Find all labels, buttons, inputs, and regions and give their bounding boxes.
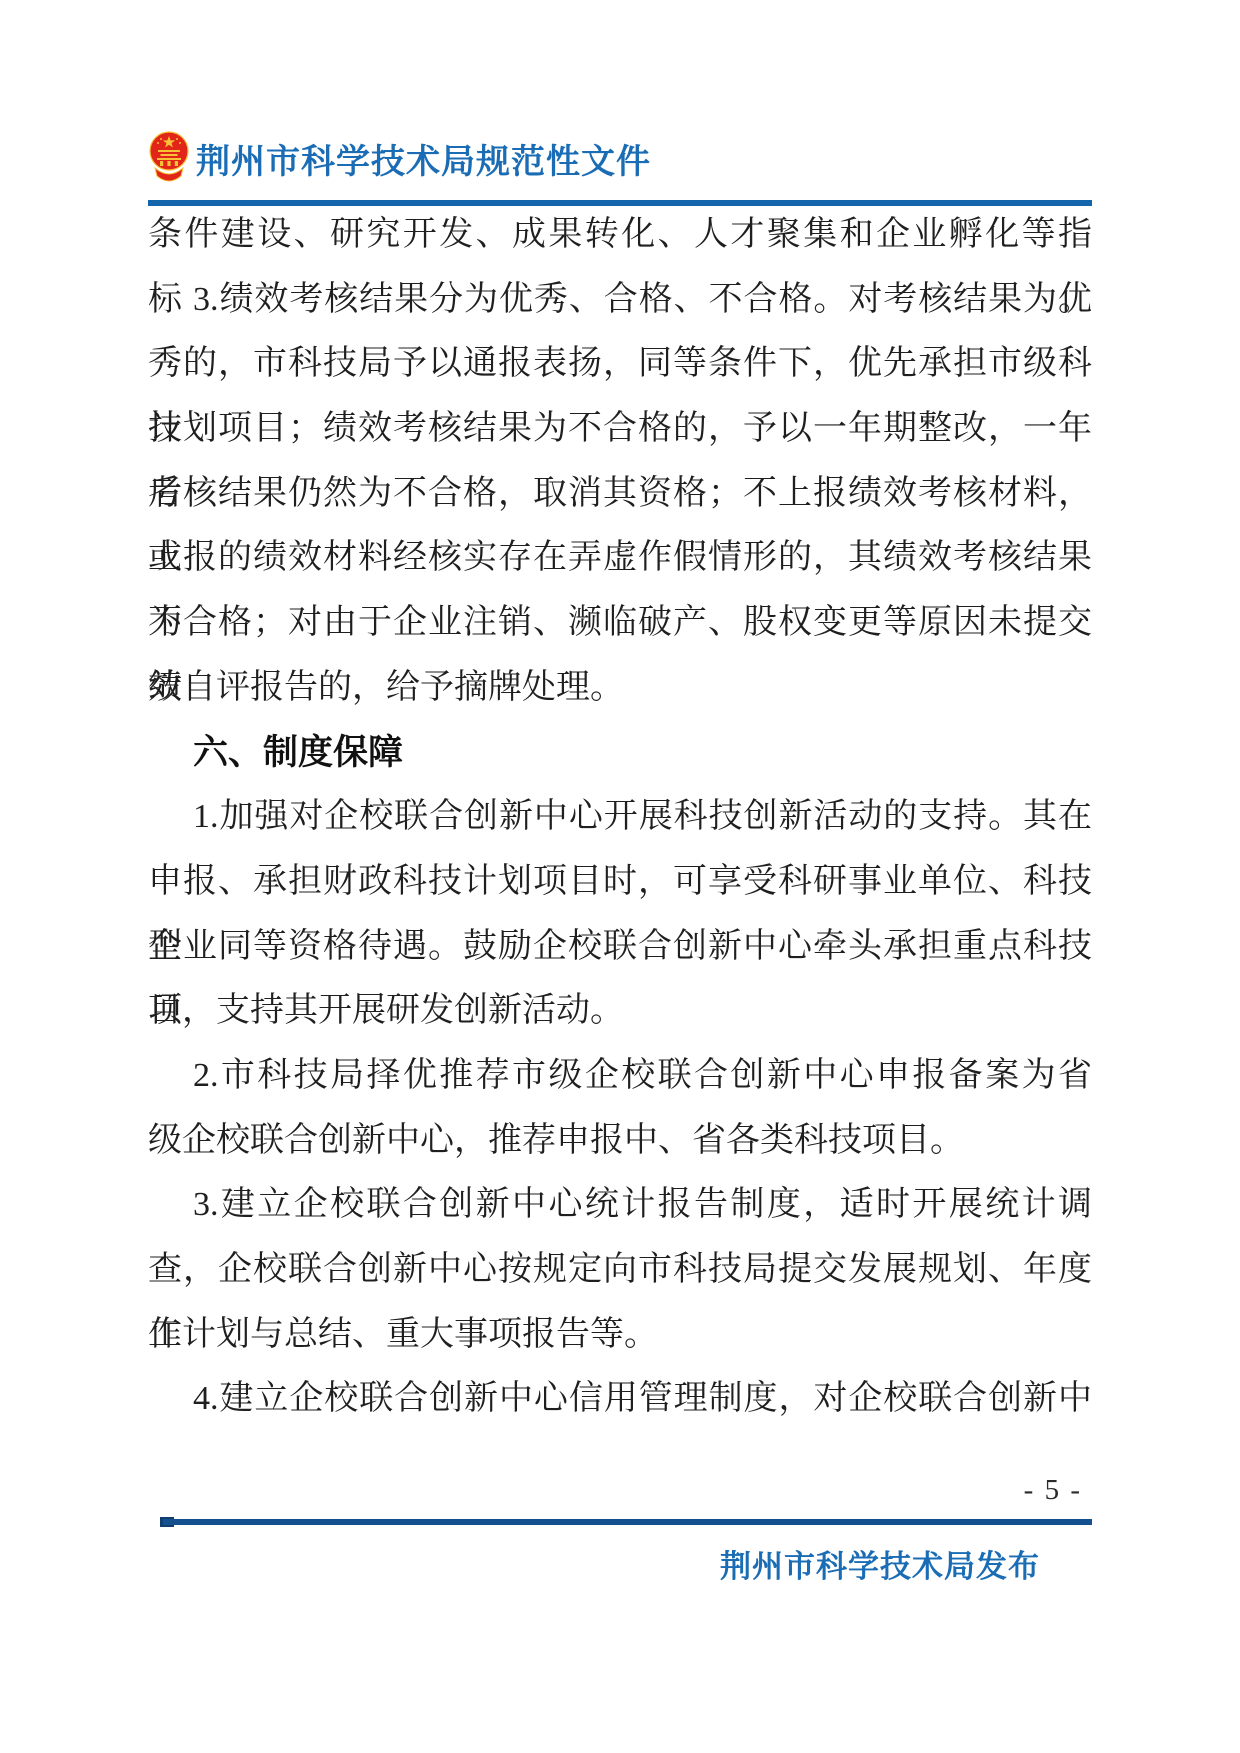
national-emblem-icon	[148, 130, 190, 186]
body-line: 秀的，市科技局予以通报表扬，同等条件下，优先承担市级科技	[148, 332, 1092, 397]
body-line: 申报、承担财政科技计划项目时，可享受科研事业单位、科技型	[148, 850, 1092, 915]
body-line: 上报的绩效材料经核实存在弄虚作假情形的，其绩效考核结果为	[148, 526, 1092, 591]
body-line: 1.加强对企校联合创新中心开展科技创新活动的支持。其在	[148, 785, 1092, 850]
body-line: 条件建设、研究开发、成果转化、人才聚集和企业孵化等指标。	[148, 203, 1092, 268]
body-line: 作计划与总结、重大事项报告等。	[148, 1303, 1092, 1368]
publisher-label: 荆州市科学技术局发布	[720, 1545, 1040, 1589]
body-line: 3.建立企校联合创新中心统计报告制度，适时开展统计调	[148, 1173, 1092, 1238]
body-line: 企业同等资格待遇。鼓励企校联合创新中心牵头承担重点科技项	[148, 915, 1092, 980]
page-number: - 5 -	[1024, 1468, 1082, 1512]
body-line: 查，企校联合创新中心按规定向市科技局提交发展规划、年度工	[148, 1238, 1092, 1303]
body-line: 目，支持其开展研发创新活动。	[148, 979, 1092, 1044]
footer-rule	[163, 1519, 1092, 1525]
body-line: 效自评报告的，给予摘牌处理。	[148, 656, 1092, 721]
body-line: 级企校联合创新中心，推荐申报中、省各类科技项目。	[148, 1109, 1092, 1174]
body-line: 计划项目；绩效考核结果为不合格的，予以一年期整改，一年后	[148, 397, 1092, 462]
body-line: 3.绩效考核结果分为优秀、合格、不合格。对考核结果为优	[148, 268, 1092, 333]
body-line: 不合格；对由于企业注销、濒临破产、股权变更等原因未提交绩	[148, 591, 1092, 656]
body-line: 考核结果仍然为不合格，取消其资格；不上报绩效考核材料，或	[148, 462, 1092, 527]
body-line: 4.建立企校联合创新中心信用管理制度，对企校联合创新中	[148, 1367, 1092, 1432]
document-header: 荆州市科学技术局规范性文件	[148, 126, 1092, 190]
body-line: 2.市科技局择优推荐市级企校联合创新中心申报备案为省	[148, 1044, 1092, 1109]
document-page: 荆州市科学技术局规范性文件 条件建设、研究开发、成果转化、人才聚集和企业孵化等指…	[0, 0, 1240, 1753]
document-body: 条件建设、研究开发、成果转化、人才聚集和企业孵化等指标。 3.绩效考核结果分为优…	[148, 203, 1092, 1432]
document-title: 荆州市科学技术局规范性文件	[196, 134, 651, 183]
section-heading: 六、制度保障	[148, 721, 1092, 786]
